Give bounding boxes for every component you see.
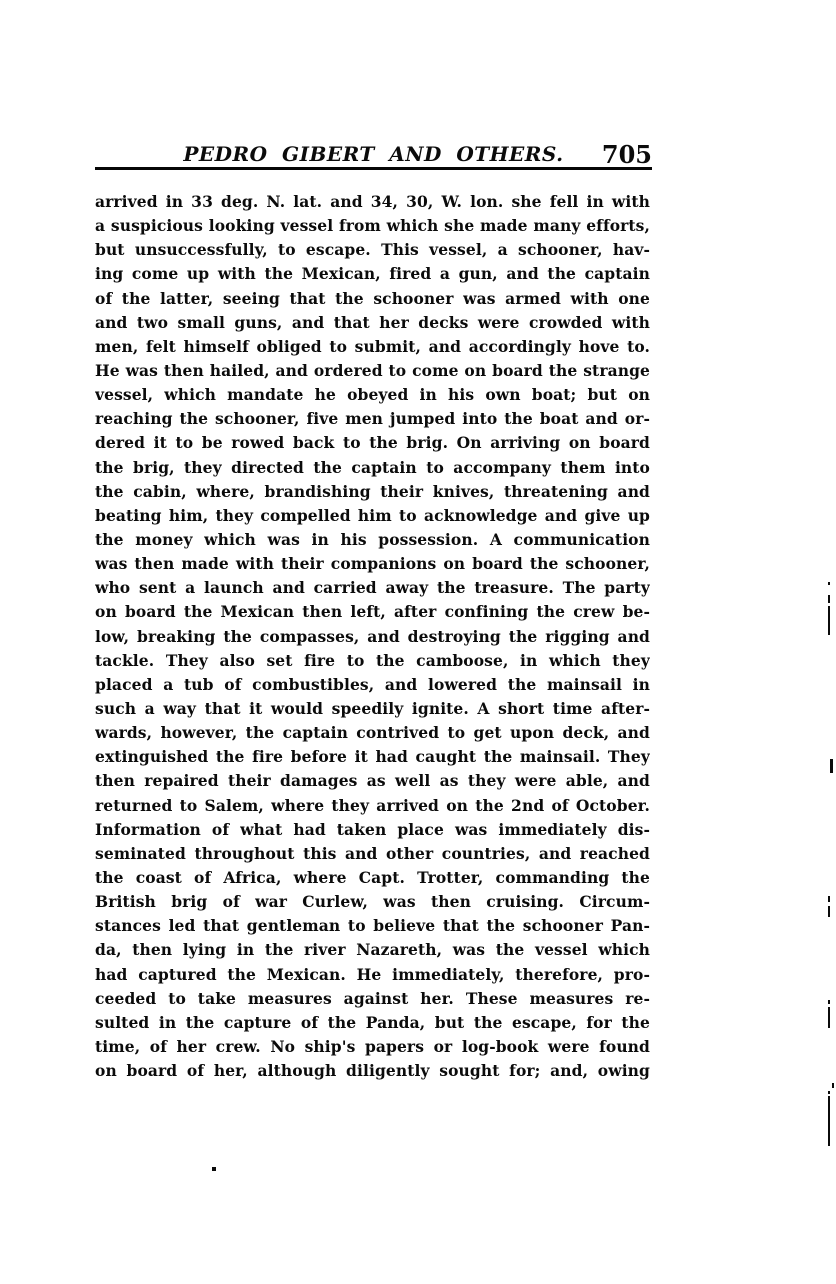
body-text: arrived in 33 deg. N. lat. and 34, 30, W… (95, 190, 650, 1083)
text-line: was then made with their companions on b… (95, 552, 650, 576)
text-line: da, then lying in the river Nazareth, wa… (95, 938, 650, 962)
text-line: the cabin, where, brandishing their kniv… (95, 480, 650, 504)
text-line: Information of what had taken place was … (95, 818, 650, 842)
page-number: 705 (602, 144, 652, 165)
text-line: who sent a launch and carried away the t… (95, 576, 650, 600)
text-line: the coast of Africa, where Capt. Trotter… (95, 866, 650, 890)
text-line: then repaired their damages as well as t… (95, 769, 650, 793)
scan-artifact (828, 1096, 830, 1146)
text-line: of the latter, seeing that the schooner … (95, 287, 650, 311)
text-line: ceeded to take measures against her. The… (95, 987, 650, 1011)
text-line: sulted in the capture of the Panda, but … (95, 1011, 650, 1035)
text-line: reaching the schooner, five men jumped i… (95, 407, 650, 431)
scanned-book-page: PEDRO GIBERT AND OTHERS. 705 arrived in … (0, 0, 836, 1284)
text-line: dered it to be rowed back to the brig. O… (95, 431, 650, 455)
text-line: men, felt himself obliged to submit, and… (95, 335, 650, 359)
text-line: stances led that gentleman to believe th… (95, 914, 650, 938)
scan-artifact (828, 896, 830, 902)
text-line: had captured the Mexican. He immediately… (95, 963, 650, 987)
text-line: but unsuccessfully, to escape. This vess… (95, 238, 650, 262)
text-line: arrived in 33 deg. N. lat. and 34, 30, W… (95, 190, 650, 214)
text-line: vessel, which mandate he obeyed in his o… (95, 383, 650, 407)
text-line: time, of her crew. No ship's papers or l… (95, 1035, 650, 1059)
text-line: low, breaking the compasses, and destroy… (95, 625, 650, 649)
running-title: PEDRO GIBERT AND OTHERS. (183, 144, 563, 164)
text-line: tackle. They also set fire to the camboo… (95, 649, 650, 673)
scan-artifact (830, 759, 833, 773)
scan-artifact (828, 595, 830, 603)
scan-artifact (828, 582, 830, 585)
text-line: placed a tub of combustibles, and lowere… (95, 673, 650, 697)
text-line: the brig, they directed the captain to a… (95, 456, 650, 480)
scan-artifact (828, 606, 830, 635)
text-line: British brig of war Curlew, was then cru… (95, 890, 650, 914)
text-line: such a way that it would speedily ignite… (95, 697, 650, 721)
scan-artifact (828, 906, 830, 917)
text-line: beating him, they compelled him to ackno… (95, 504, 650, 528)
scan-artifact (828, 1000, 830, 1004)
scan-artifact (828, 1007, 830, 1028)
text-line: a suspicious looking vessel from which s… (95, 214, 650, 238)
text-line: on board of her, although diligently sou… (95, 1059, 650, 1083)
scan-artifact (828, 1091, 830, 1094)
text-line: the money which was in his possession. A… (95, 528, 650, 552)
text-line: He was then hailed, and ordered to come … (95, 359, 650, 383)
text-line: on board the Mexican then left, after co… (95, 600, 650, 624)
page-header: PEDRO GIBERT AND OTHERS. 705 (95, 136, 652, 164)
text-line: extinguished the fire before it had caug… (95, 745, 650, 769)
text-line: seminated throughout this and other coun… (95, 842, 650, 866)
header-rule (95, 167, 652, 170)
scan-artifact (832, 1083, 834, 1088)
text-line: returned to Salem, where they arrived on… (95, 794, 650, 818)
text-line: wards, however, the captain contrived to… (95, 721, 650, 745)
ink-speck (212, 1167, 216, 1171)
text-line: ing come up with the Mexican, fired a gu… (95, 262, 650, 286)
text-line: and two small guns, and that her decks w… (95, 311, 650, 335)
